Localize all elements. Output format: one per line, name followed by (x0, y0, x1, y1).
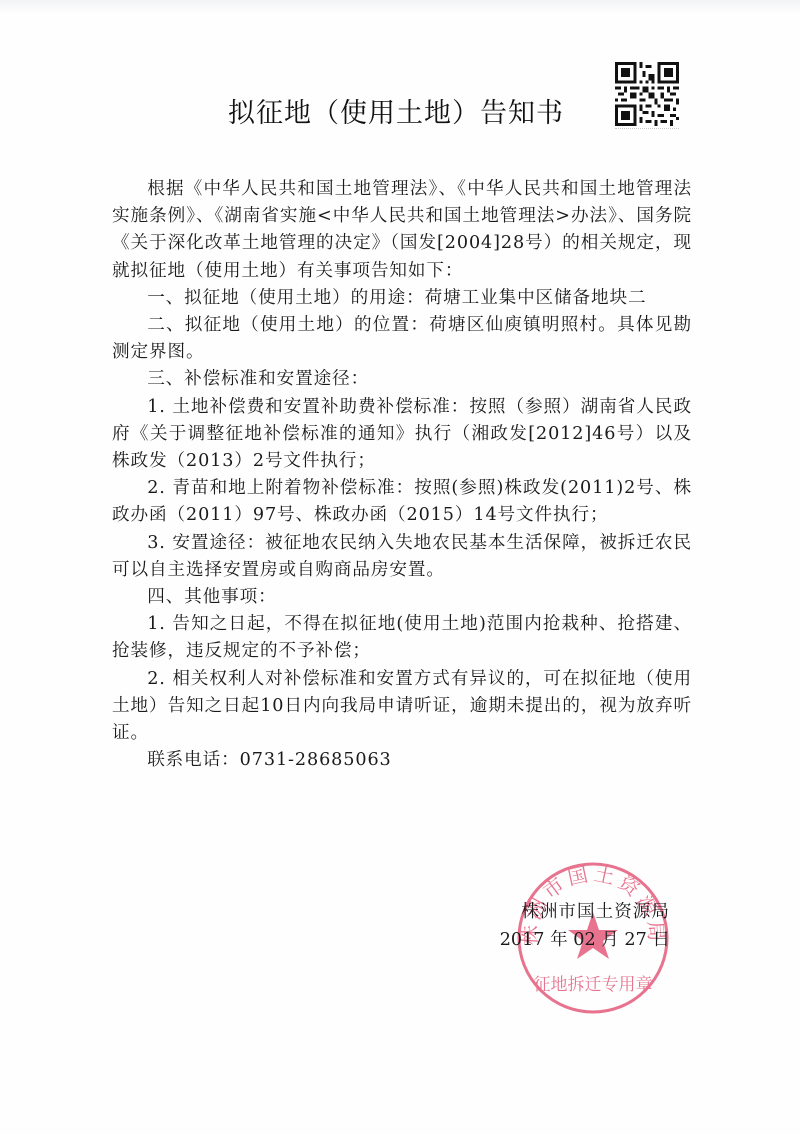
intro-paragraph: 根据《中华人民共和国土地管理法》、《中华人民共和国土地管理法实施条例》、《湖南省… (112, 176, 692, 285)
section-1-purpose: 一、拟征地（使用土地）的用途：荷塘工业集中区储备地块二 (112, 285, 692, 312)
section-4-item-2: 2. 相关权利人对补偿标准和安置方式有异议的，可在拟征地（使用土地）告知之日起1… (112, 666, 692, 748)
document-page: 拟征地（使用土地）告知书 (0, 0, 800, 1134)
signature-block: 株洲市国土资源局 2017 年 02 月 27 日 (490, 898, 670, 954)
section-3-heading: 三、补偿标准和安置途径： (112, 366, 692, 393)
issue-date: 2017 年 02 月 27 日 (490, 926, 670, 954)
section-3-item-3: 3. 安置途径：被征地农民纳入失地农民基本生活保障，被拆迁农民可以自主选择安置房… (112, 530, 692, 584)
section-3-item-2: 2. 青苗和地上附着物补偿标准：按照(参照)株政发(2011)2号、株政办函（2… (112, 475, 692, 529)
section-2-location: 二、拟征地（使用土地）的位置：荷塘区仙庾镇明照村。具体见勘测定界图。 (112, 312, 692, 366)
section-4-item-1: 1. 告知之日起，不得在拟征地(使用土地)范围内抢栽种、抢搭建、抢装修，违反规定… (112, 611, 692, 665)
issuing-organization: 株洲市国土资源局 (490, 898, 670, 926)
qr-caption-dots (615, 128, 679, 132)
document-title: 拟征地（使用土地）告知书 (228, 97, 564, 131)
seal-bottom-text: 征地拆迁专用章 (534, 974, 653, 995)
section-3-item-1: 1. 土地补偿费和安置补助费补偿标准：按照（参照）湖南省人民政府《关于调整征地补… (112, 394, 692, 476)
contact-phone: 联系电话：0731-28685063 (112, 747, 692, 774)
section-4-heading: 四、其他事项： (112, 584, 692, 611)
qr-code-icon (615, 62, 679, 126)
notice-body: 根据《中华人民共和国土地管理法》、《中华人民共和国土地管理法实施条例》、《湖南省… (112, 176, 692, 774)
scan-edge-shading (0, 0, 800, 14)
